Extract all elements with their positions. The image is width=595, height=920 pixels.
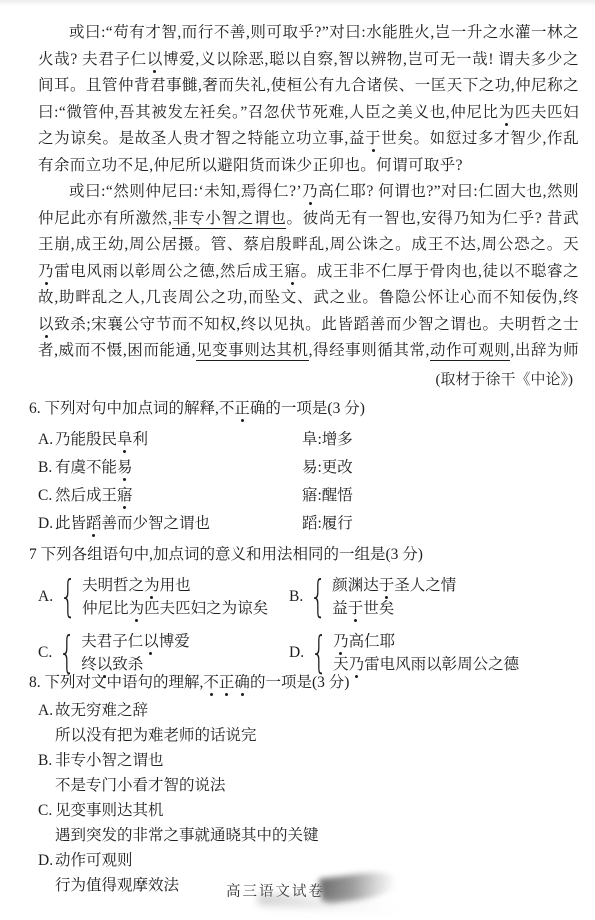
pair-line-1: 夫君子仁以博爱 (81, 633, 190, 650)
q6-option-b: B. 有虞不能易 易:更改 (38, 454, 579, 482)
option-stem: 乃能殷民阜利 (55, 426, 302, 454)
page-content: 或曰:“苟有才智,而行不善,则可取乎?”对曰:水能胜火,岂一升之水灌一林之火哉?… (38, 20, 579, 894)
option-stem: 此皆蹈善而少智之谓也 (55, 510, 302, 538)
pair-line-1: 夫明哲之为用也 (82, 577, 191, 594)
pair-line-1: 颜渊达于圣人之情 (332, 577, 456, 594)
left-brace-icon: { (311, 631, 328, 675)
q8-option-a: A. 故无穷难之辞 所以没有把为难老师的话说完 (38, 698, 579, 748)
option-gloss: 蹈:履行 (302, 510, 579, 538)
passage-source: (取材于徐干《中论》) (38, 368, 579, 394)
option-gloss: 寤:醒悟 (302, 482, 579, 510)
option-explanation: 遇到突发的非常之事就通晓其中的关键 (55, 823, 579, 848)
question-7: 7 下列各组语句中,加点词的意义和用法相同的一组是(3 分) A. { 夫明哲之… (38, 542, 579, 670)
option-explanation: 所以没有把为难老师的话说完 (55, 723, 579, 748)
pair-line-1: 乃高仁耶 (333, 633, 395, 650)
classical-passage: 或曰:“苟有才智,而行不善,则可取乎?”对曰:水能胜火,岂一升之水灌一林之火哉?… (38, 20, 579, 366)
q6-option-a: A. 乃能殷民阜利 阜:增多 (38, 426, 579, 454)
option-label: D. (289, 644, 304, 662)
left-brace-icon: { (60, 575, 77, 619)
left-brace-icon: { (310, 575, 327, 619)
question-6: 6. 下列对句中加点词的解释,不正确的一项是(3 分) A. 乃能殷民阜利 阜:… (38, 396, 579, 542)
question-7-options: A. { 夫明哲之为用也 仲尼比为匹夫匹妇之为谅矣 B. { 颜渊达于圣人之情 … (38, 572, 579, 678)
q7-option-b: B. { 颜渊达于圣人之情 益于世矣 (289, 572, 579, 622)
option-label: C. (38, 644, 52, 662)
question-7-title: 7 下列各组语句中,加点词的意义和用法相同的一组是(3 分) (29, 542, 579, 568)
q6-option-c: C. 然后成王寤 寤:醒悟 (38, 482, 579, 510)
q8-option-b: B. 非专小智之谓也 不是专门小看才智的说法 (38, 748, 579, 798)
option-quote: 非专小智之谓也 (55, 748, 164, 773)
option-pair: 颜渊达于圣人之情 益于世矣 (332, 574, 456, 620)
pair-line-2: 天乃雷电风雨以彰周公之德 (333, 656, 519, 673)
scan-edge-shading (0, 0, 595, 6)
q8-option-c: C. 见变事则达其机 遇到突发的非常之事就通晓其中的关键 (38, 798, 579, 848)
left-brace-icon: { (59, 631, 76, 675)
option-pair: 夫明哲之为用也 仲尼比为匹夫匹妇之为谅矣 (82, 574, 268, 620)
option-stem: 然后成王寤 (55, 482, 302, 510)
question-6-options: A. 乃能殷民阜利 阜:增多 B. 有虞不能易 易:更改 C. 然后成王寤 寤:… (38, 426, 579, 538)
option-gloss: 易:更改 (302, 454, 579, 482)
question-8-options: A. 故无穷难之辞 所以没有把为难老师的话说完 B. 非专小智之谓也 不是专门小… (38, 698, 579, 898)
q7-option-a: A. { 夫明哲之为用也 仲尼比为匹夫匹妇之为谅矣 (38, 572, 289, 622)
passage-paragraph-1: 或曰:“苟有才智,而行不善,则可取乎?”对曰:水能胜火,岂一升之水灌一林之火哉?… (38, 20, 579, 179)
pair-line-2: 益于世矣 (332, 600, 394, 617)
option-gloss: 阜:增多 (302, 426, 579, 454)
option-label: D. (38, 510, 55, 538)
option-label: A. (38, 698, 55, 723)
option-quote: 见变事则达其机 (55, 798, 164, 823)
q6-option-d: D. 此皆蹈善而少智之谓也 蹈:履行 (38, 510, 579, 538)
option-label: B. (289, 588, 303, 606)
pair-line-2: 仲尼比为匹夫匹妇之为谅矣 (82, 600, 268, 617)
option-label: A. (38, 588, 53, 606)
option-label: B. (38, 454, 55, 482)
option-label: C. (38, 482, 55, 510)
option-label: C. (38, 798, 55, 823)
question-6-title: 6. 下列对句中加点词的解释,不正确的一项是(3 分) (29, 396, 579, 422)
option-label: A. (38, 426, 55, 454)
option-stem: 有虞不能易 (55, 454, 302, 482)
exam-paper-page: 或曰:“苟有才智,而行不善,则可取乎?”对曰:水能胜火,岂一升之水灌一林之火哉?… (0, 0, 595, 920)
option-quote: 故无穷难之辞 (55, 698, 148, 723)
option-explanation: 不是专门小看才智的说法 (55, 773, 579, 798)
option-pair: 乃高仁耶 天乃雷电风雨以彰周公之德 (333, 630, 519, 676)
option-label: B. (38, 748, 55, 773)
option-label: D. (38, 848, 55, 873)
option-quote: 动作可观则 (55, 848, 133, 873)
passage-paragraph-2: 或曰:“然则仲尼曰:‘未知,焉得仁?’乃高仁耶? 何谓也?”对曰:仁固大也,然则… (38, 179, 579, 366)
question-8: 8. 下列对文中语句的理解,不正确的一项是(3 分) A. 故无穷难之辞 所以没… (38, 670, 579, 894)
